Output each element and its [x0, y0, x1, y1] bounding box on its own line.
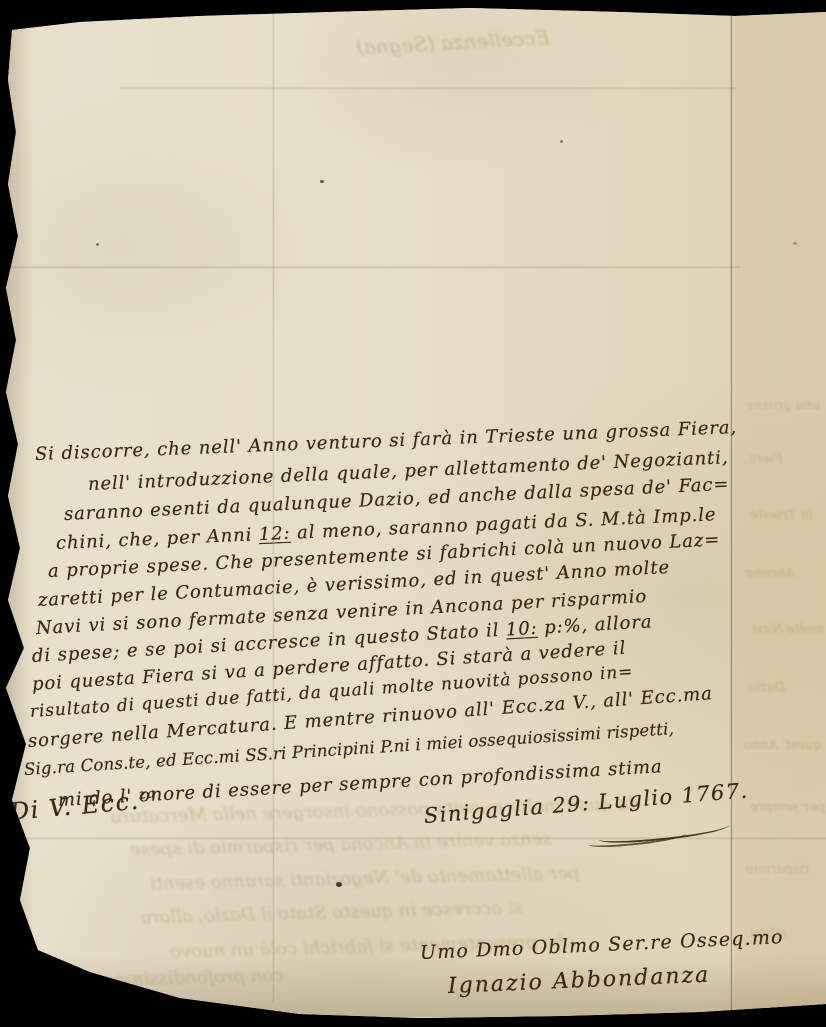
torn-edge-shadow	[0, 0, 34, 1027]
line-text: p:%, allora	[537, 611, 653, 638]
bleedthrough-text: una grossa	[748, 398, 820, 413]
fold-crease-horizontal	[120, 86, 736, 90]
bleedthrough-text: Fiera,	[744, 452, 783, 467]
bleedthrough-text: per sempre	[750, 800, 825, 815]
bleedthrough-text: molte Navi	[752, 622, 824, 637]
bleedthrough-text: Dazio	[748, 680, 785, 695]
ink-speck	[96, 243, 99, 246]
ink-speck	[336, 882, 342, 887]
closing-superscript: za	[138, 786, 157, 802]
bleedthrough-text: senza venire in Ancona per risparmio di …	[130, 828, 552, 860]
ink-speck	[320, 180, 324, 183]
fold-crease-horizontal	[0, 265, 740, 269]
rust-stain	[793, 242, 797, 245]
letter-page: Eccellenza (Segna) da quali molte nuovit…	[0, 0, 826, 1027]
ink-speck	[560, 140, 563, 143]
bleedthrough-text: per allettamento de' Negozianti saranno …	[150, 862, 580, 894]
bleedthrough-text: si accresce in questo Stato il Dazio, al…	[140, 897, 523, 928]
underlined-number: 10:	[505, 618, 538, 641]
bleedthrough-text: quest' Anno	[744, 738, 822, 753]
bleedthrough-text: Eccellenza (Segna)	[290, 25, 551, 63]
line-text: chini, che, per Anni	[56, 524, 260, 554]
bleedthrough-text: risparmio	[746, 862, 810, 877]
underlined-number: 12:	[258, 523, 291, 545]
fold-crease-vertical	[730, 12, 734, 1014]
bleedthrough-text: Ancona	[746, 566, 795, 581]
bleedthrough-text: in Trieste	[750, 508, 813, 523]
scan-canvas: { "letter": { "body_lines": [ { "text": …	[0, 0, 826, 1027]
